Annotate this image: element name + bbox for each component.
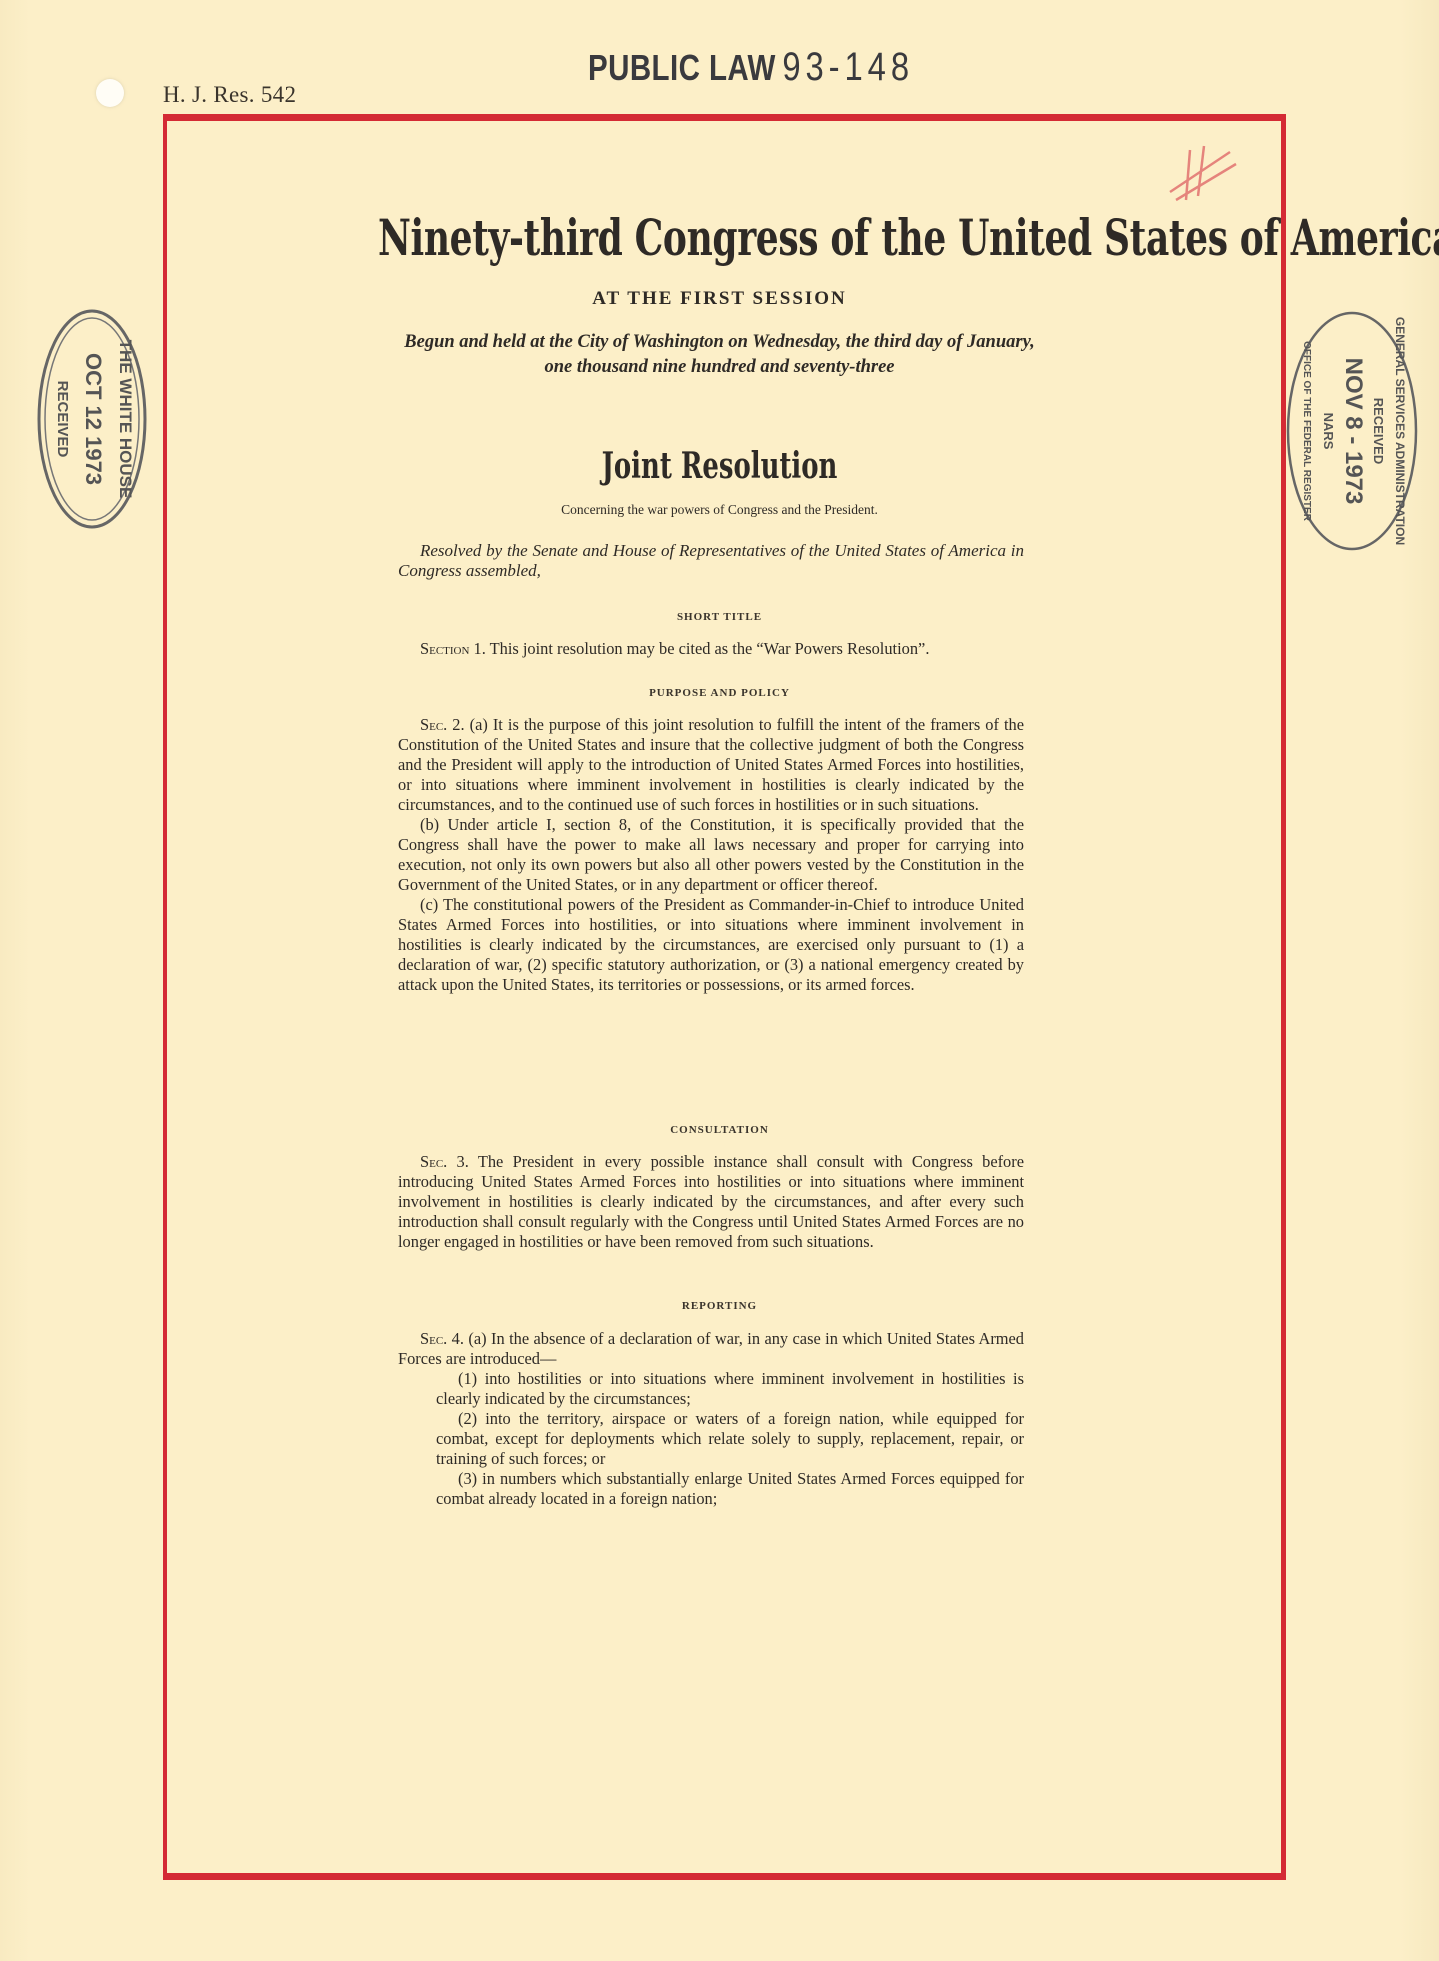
section-1-paragraph: Section 1. This joint resolution may be … bbox=[398, 639, 1024, 659]
section-label: Sec. 4. bbox=[420, 1329, 464, 1348]
section-2b-paragraph: (b) Under article I, section 8, of the C… bbox=[398, 815, 1024, 895]
session-dateline: Begun and held at the City of Washington… bbox=[0, 330, 1439, 380]
section-4a-item-2: (2) into the territory, airspace or wate… bbox=[398, 1409, 1024, 1469]
heading-consultation: CONSULTATION bbox=[0, 1124, 1439, 1136]
heading-purpose-and-policy: PURPOSE AND POLICY bbox=[0, 687, 1439, 699]
enacting-clause: Resolved by the Senate and House of Repr… bbox=[398, 541, 1024, 581]
section-3-paragraph: Sec. 3. The President in every possible … bbox=[398, 1152, 1024, 1252]
section-4a-item-3: (3) in numbers which substantially enlar… bbox=[398, 1469, 1024, 1509]
section-text: (a) It is the purpose of this joint reso… bbox=[398, 715, 1024, 814]
section-4a-paragraph: Sec. 4. (a) In the absence of a declarat… bbox=[398, 1329, 1024, 1369]
section-3: Sec. 3. The President in every possible … bbox=[398, 1152, 1024, 1252]
dateline-line-2: one thousand nine hundred and seventy-th… bbox=[0, 355, 1439, 380]
heading-reporting: REPORTING bbox=[0, 1300, 1439, 1312]
section-text: The President in every possible instance… bbox=[398, 1152, 1024, 1251]
resolution-type-title: Joint Resolution bbox=[201, 445, 1237, 487]
resolution-subject: Concerning the war powers of Congress an… bbox=[0, 502, 1439, 518]
section-label: Sec. 2. bbox=[420, 715, 465, 734]
session-heading: AT THE FIRST SESSION bbox=[0, 288, 1439, 310]
document-body: Ninety-third Congress of the United Stat… bbox=[0, 0, 1439, 1961]
section-2a-paragraph: Sec. 2. (a) It is the purpose of this jo… bbox=[398, 715, 1024, 815]
section-label: Section 1. bbox=[420, 639, 486, 658]
section-text: This joint resolution may be cited as th… bbox=[486, 639, 930, 658]
section-2c-paragraph: (c) The constitutional powers of the Pre… bbox=[398, 895, 1024, 995]
section-text: (a) In the absence of a declaration of w… bbox=[398, 1329, 1024, 1368]
resolved-text: Resolved by the Senate and House of Repr… bbox=[398, 541, 1024, 581]
section-1: Section 1. This joint resolution may be … bbox=[398, 639, 1024, 659]
dateline-line-1: Begun and held at the City of Washington… bbox=[0, 330, 1439, 355]
congress-title: Ninety-third Congress of the United Stat… bbox=[378, 208, 1062, 267]
section-label: Sec. 3. bbox=[420, 1152, 469, 1171]
section-2: Sec. 2. (a) It is the purpose of this jo… bbox=[398, 715, 1024, 995]
section-4: Sec. 4. (a) In the absence of a declarat… bbox=[398, 1329, 1024, 1509]
section-4a-item-1: (1) into hostilities or into situations … bbox=[398, 1369, 1024, 1409]
heading-short-title: SHORT TITLE bbox=[0, 611, 1439, 623]
